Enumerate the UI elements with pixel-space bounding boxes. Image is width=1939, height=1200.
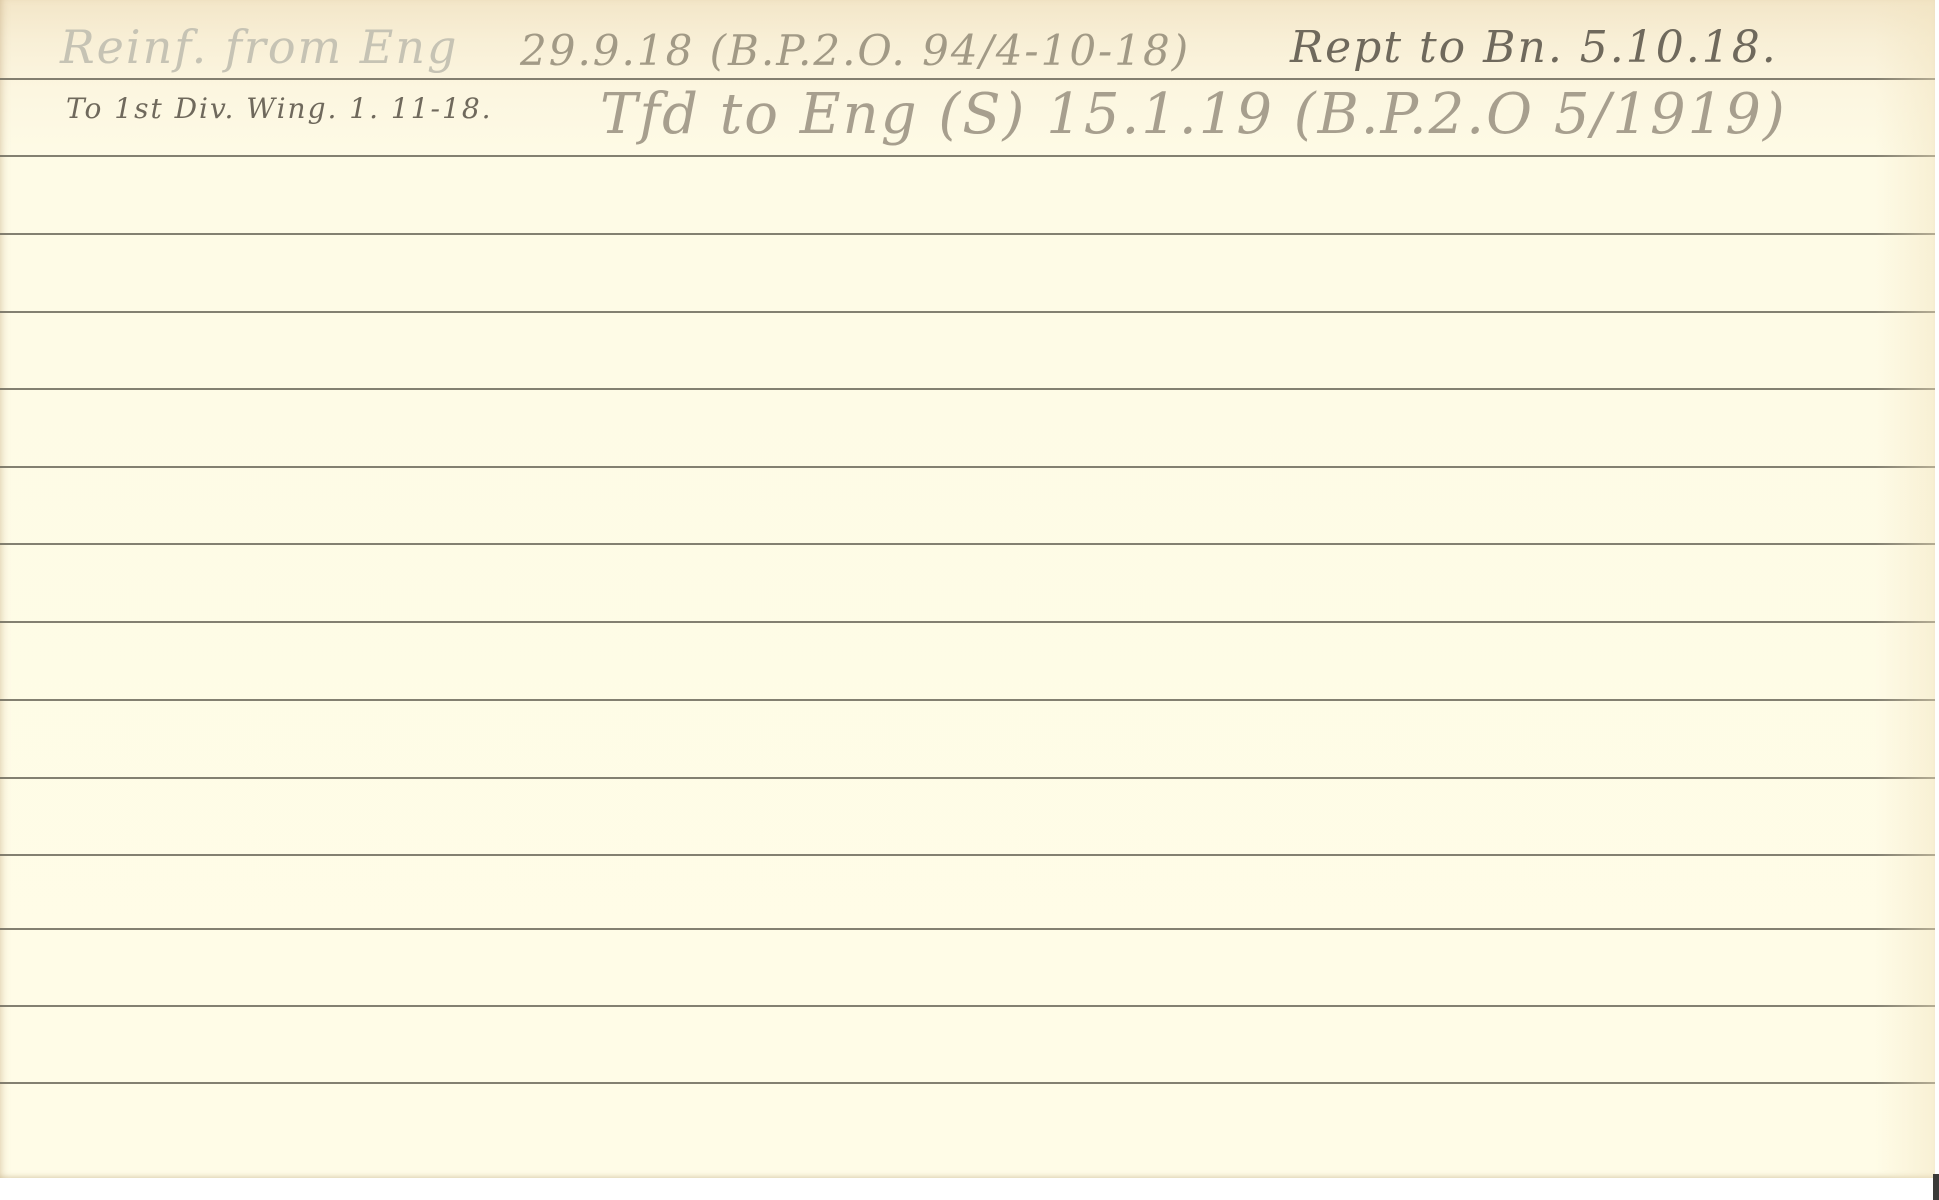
ruled-line: [0, 699, 1935, 701]
entry-reinforcement: Reinf. from Eng: [60, 20, 458, 74]
ruled-line: [0, 311, 1935, 313]
ruled-line: [0, 388, 1935, 390]
ruled-line: [0, 928, 1935, 930]
ruled-line: [0, 1005, 1935, 1007]
ruled-line: [0, 854, 1935, 856]
entry-reported-to-battalion: Rept to Bn. 5.10.18.: [1290, 22, 1778, 73]
ruled-line: [0, 155, 1935, 157]
record-card: Reinf. from Eng 29.9.18 (B.P.2.O. 94/4-1…: [0, 0, 1935, 1178]
ruled-line: [0, 1082, 1935, 1084]
entry-to-division-wing: To 1st Div. Wing. 1. 11-18.: [66, 92, 493, 125]
ruled-line: [0, 466, 1935, 468]
ruled-line: [0, 233, 1935, 235]
card-edge-shadow: [1933, 1174, 1939, 1200]
ruled-line: [0, 777, 1935, 779]
entry-reinforcement-date-ref: 29.9.18 (B.P.2.O. 94/4-10-18): [520, 26, 1190, 75]
ruled-line: [0, 543, 1935, 545]
ruled-line: [0, 621, 1935, 623]
entry-transferred-to-england: Tfd to Eng (S) 15.1.19 (B.P.2.O 5/1919): [600, 82, 1787, 147]
ruled-line: [0, 78, 1935, 80]
